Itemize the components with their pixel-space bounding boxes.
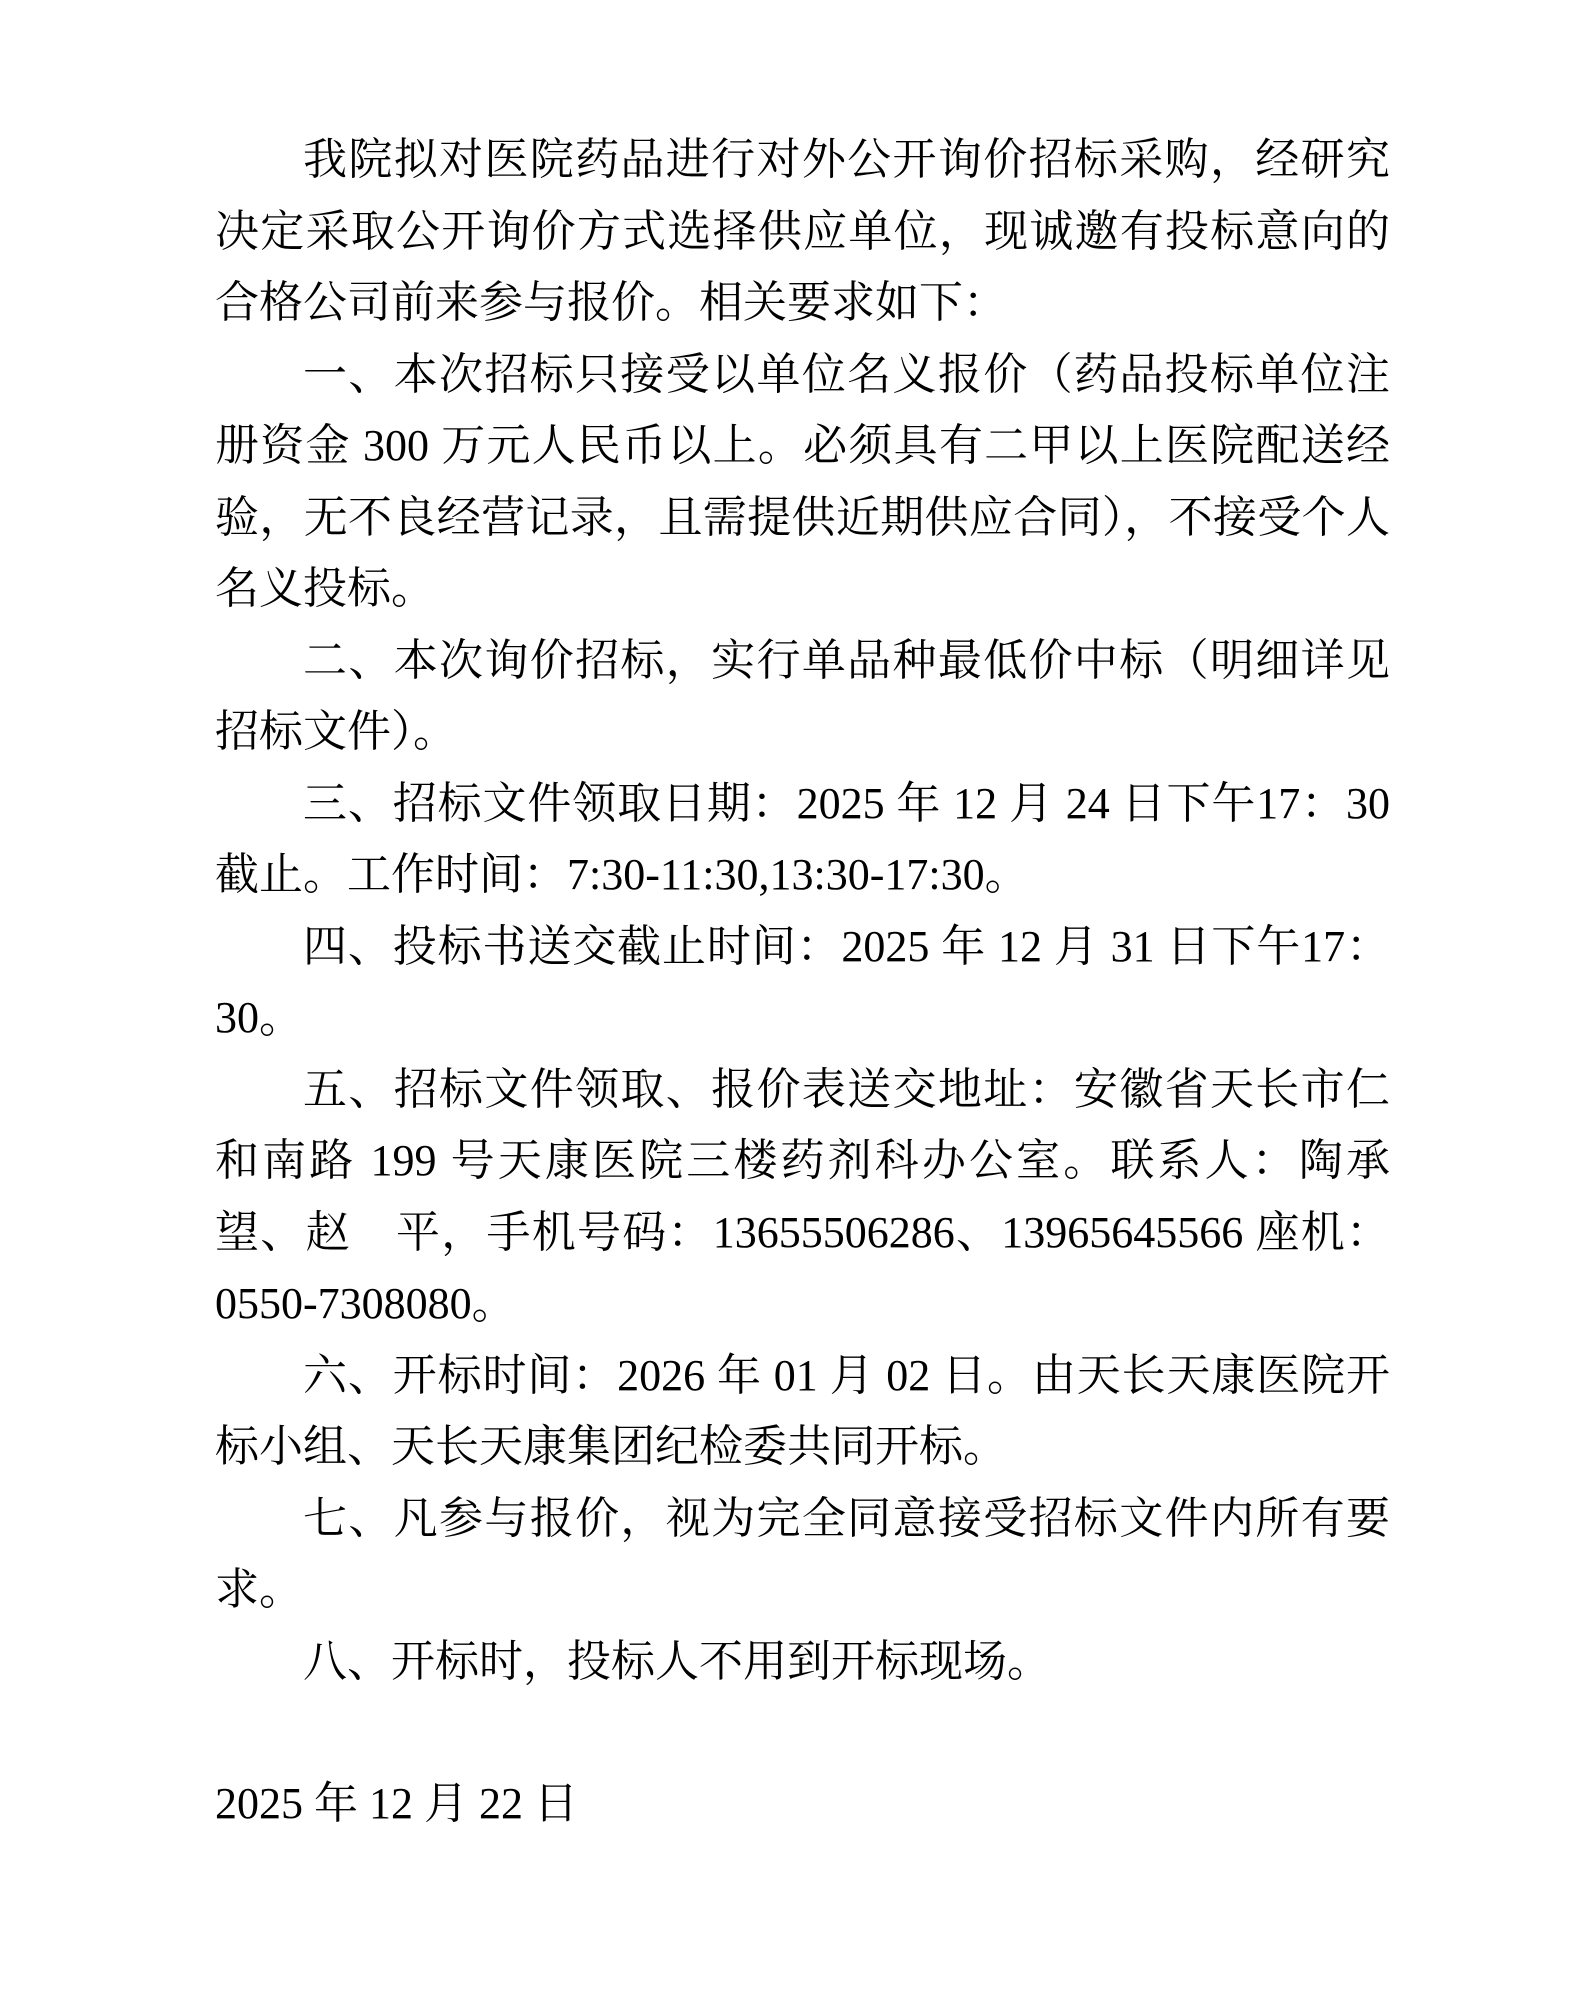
document-page: 我院拟对医院药品进行对外公开询价招标采购，经研究决定采取公开询价方式选择供应单位… bbox=[0, 0, 1587, 1997]
paragraph-item-8: 八、开标时，投标人不用到开标现场。 bbox=[215, 1626, 1390, 1698]
paragraph-item-3: 三、招标文件领取日期：2025 年 12 月 24 日下午17：30截止。工作时… bbox=[215, 768, 1390, 911]
paragraph-item-7: 七、凡参与报价，视为完全同意接受招标文件内所有要求。 bbox=[215, 1483, 1390, 1626]
paragraph-intro: 我院拟对医院药品进行对外公开询价招标采购，经研究决定采取公开询价方式选择供应单位… bbox=[215, 124, 1390, 339]
paragraph-item-4: 四、投标书送交截止时间：2025 年 12 月 31 日下午17：30。 bbox=[215, 911, 1390, 1054]
document-date: 2025 年 12 月 22 日 bbox=[215, 1768, 1390, 1840]
paragraph-item-2: 二、本次询价招标，实行单品种最低价中标（明细详见招标文件）。 bbox=[215, 625, 1390, 768]
paragraph-item-1: 一、本次招标只接受以单位名义报价（药品投标单位注册资金 300 万元人民币以上。… bbox=[215, 339, 1390, 625]
paragraph-item-5: 五、招标文件领取、报价表送交地址：安徽省天长市仁和南路 199 号天康医院三楼药… bbox=[215, 1054, 1390, 1340]
paragraph-item-6: 六、开标时间：2026 年 01 月 02 日。由天长天康医院开标小组、天长天康… bbox=[215, 1340, 1390, 1483]
